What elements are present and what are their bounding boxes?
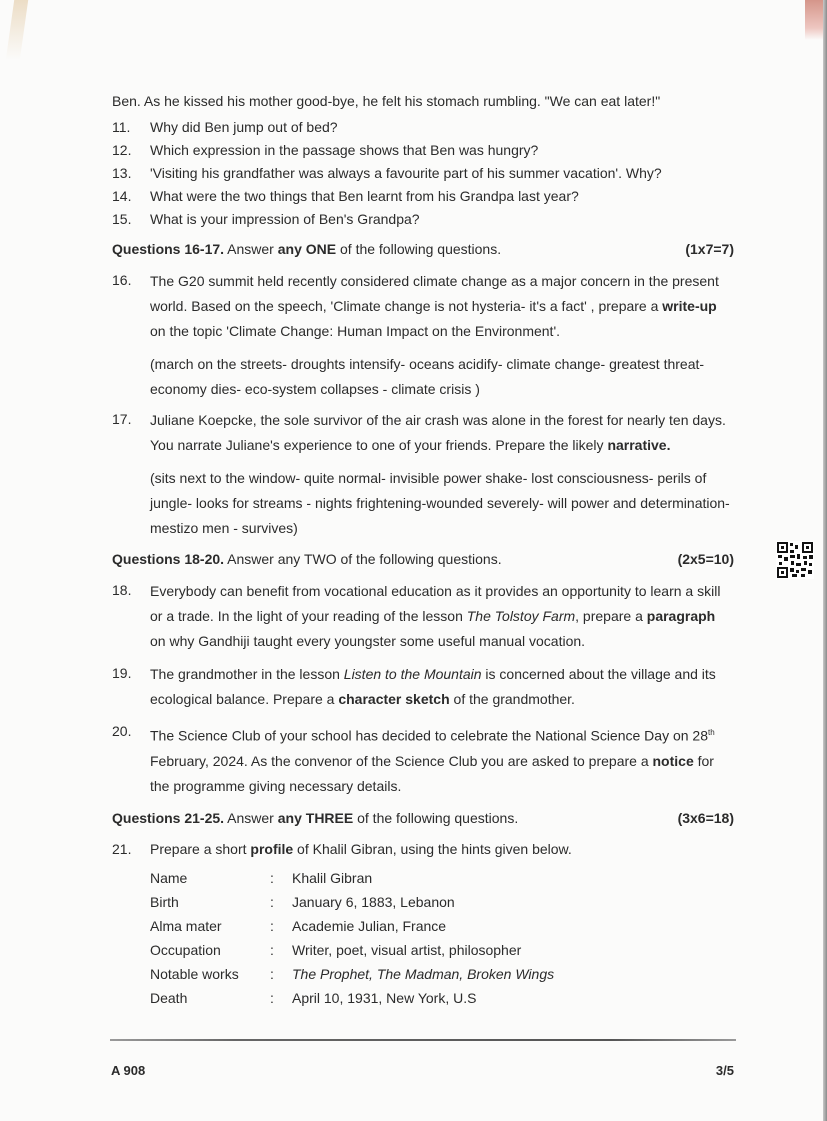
instruction-emphasis: any THREE xyxy=(278,810,353,826)
question-text: Prepare a short profile of Khalil Gibran… xyxy=(150,838,734,861)
profile-separator: : xyxy=(270,867,292,891)
task-type: character sketch xyxy=(338,691,449,707)
question-text: Why did Ben jump out of bed? xyxy=(150,116,734,139)
profile-separator: : xyxy=(270,939,292,963)
profile-hints-table: Name:Khalil GibranBirth:January 6, 1883,… xyxy=(150,867,554,1011)
text-run: on the topic 'Climate Change: Human Impa… xyxy=(150,323,560,339)
profile-separator: : xyxy=(270,915,292,939)
instruction-text: of the following questions. xyxy=(353,810,518,826)
text-run: of Khalil Gibran, using the hints given … xyxy=(293,841,572,857)
question-17: 17. Juliane Koepcke, the sole survivor o… xyxy=(112,408,734,458)
profile-value: January 6, 1883, Lebanon xyxy=(292,891,554,915)
profile-key: Alma mater xyxy=(150,915,270,939)
question-number: 21. xyxy=(112,838,150,861)
profile-separator: : xyxy=(270,891,292,915)
question-16: 16. The G20 summit held recently conside… xyxy=(112,269,734,344)
profile-row: Alma mater:Academie Julian, France xyxy=(150,915,554,939)
section-marks: (1x7=7) xyxy=(685,238,734,261)
profile-row: Occupation:Writer, poet, visual artist, … xyxy=(150,939,554,963)
profile-separator: : xyxy=(270,987,292,1011)
profile-key: Occupation xyxy=(150,939,270,963)
question-13: 13. 'Visiting his grandfather was always… xyxy=(112,162,734,185)
task-type: write-up xyxy=(662,298,716,314)
paper-stain xyxy=(6,0,28,60)
question-text: 'Visiting his grandfather was always a f… xyxy=(150,162,734,185)
question-12: 12. Which expression in the passage show… xyxy=(112,139,734,162)
text-run: The grandmother in the lesson xyxy=(150,666,344,682)
question-18: 18. Everybody can benefit from vocationa… xyxy=(112,579,734,654)
profile-value: Academie Julian, France xyxy=(292,915,554,939)
section-marks: (2x5=10) xyxy=(678,548,734,571)
question-21: 21. Prepare a short profile of Khalil Gi… xyxy=(112,838,734,861)
page-corner-mark xyxy=(805,0,823,40)
profile-row: Notable works:The Prophet, The Madman, B… xyxy=(150,963,554,987)
instruction-text: Answer xyxy=(224,241,278,257)
text-run: February, 2024. As the convenor of the S… xyxy=(150,753,653,769)
question-text: What is your impression of Ben's Grandpa… xyxy=(150,208,734,231)
profile-value: The Prophet, The Madman, Broken Wings xyxy=(292,963,554,987)
section-instruction: Questions 18-20. Answer any TWO of the f… xyxy=(112,548,502,571)
question-number: 20. xyxy=(112,720,150,799)
question-number: 13. xyxy=(112,162,150,185)
section-marks: (3x6=18) xyxy=(678,807,734,830)
profile-key: Death xyxy=(150,987,270,1011)
page-number: 3/5 xyxy=(716,1063,734,1078)
question-number: 18. xyxy=(112,579,150,654)
section-instruction: Questions 21-25. Answer any THREE of the… xyxy=(112,807,518,830)
qr-code-icon xyxy=(776,541,814,579)
section-label: Questions 16-17. xyxy=(112,241,224,257)
question-text: The G20 summit held recently considered … xyxy=(150,269,734,344)
section-label: Questions 18-20. xyxy=(112,551,224,567)
profile-value: Khalil Gibran xyxy=(292,867,554,891)
task-type: paragraph xyxy=(647,608,715,624)
paper-code: A 908 xyxy=(111,1063,145,1078)
profile-key: Name xyxy=(150,867,270,891)
profile-value: Writer, poet, visual artist, philosopher xyxy=(292,939,554,963)
question-number: 14. xyxy=(112,185,150,208)
text-run: on why Gandhiji taught every youngster s… xyxy=(150,633,585,649)
task-type: profile xyxy=(250,841,293,857)
question-14: 14. What were the two things that Ben le… xyxy=(112,185,734,208)
profile-row: Birth:January 6, 1883, Lebanon xyxy=(150,891,554,915)
profile-value: April 10, 1931, New York, U.S xyxy=(292,987,554,1011)
question-text: Everybody can benefit from vocational ed… xyxy=(150,579,734,654)
profile-row: Name:Khalil Gibran xyxy=(150,867,554,891)
text-run: Prepare a short xyxy=(150,841,250,857)
instruction-emphasis: any ONE xyxy=(278,241,336,257)
question-number: 11. xyxy=(112,116,150,139)
question-16-hints: (march on the streets- droughts intensif… xyxy=(150,352,734,402)
text-run: of the grandmother. xyxy=(450,691,575,707)
question-number: 19. xyxy=(112,662,150,712)
task-type: notice xyxy=(653,753,694,769)
section-heading-21-25: Questions 21-25. Answer any THREE of the… xyxy=(112,807,734,830)
question-number: 17. xyxy=(112,408,150,458)
section-heading-16-17: Questions 16-17. Answer any ONE of the f… xyxy=(112,238,734,261)
question-20: 20. The Science Club of your school has … xyxy=(112,720,734,799)
section-label: Questions 21-25. xyxy=(112,810,224,826)
footer-divider xyxy=(110,1039,736,1041)
exam-page-content: Ben. As he kissed his mother good-bye, h… xyxy=(112,90,734,1011)
question-15: 15. What is your impression of Ben's Gra… xyxy=(112,208,734,231)
question-text: The Science Club of your school has deci… xyxy=(150,720,734,799)
question-number: 16. xyxy=(112,269,150,344)
question-text: What were the two things that Ben learnt… xyxy=(150,185,734,208)
lesson-title: The Tolstoy Farm xyxy=(467,608,575,624)
instruction-text: Answer xyxy=(224,810,278,826)
text-run: The G20 summit held recently considered … xyxy=(150,273,719,314)
question-number: 15. xyxy=(112,208,150,231)
text-run: The Science Club of your school has deci… xyxy=(150,728,708,744)
question-text: Juliane Koepcke, the sole survivor of th… xyxy=(150,408,734,458)
question-11: 11. Why did Ben jump out of bed? xyxy=(112,116,734,139)
profile-row: Death:April 10, 1931, New York, U.S xyxy=(150,987,554,1011)
question-17-hints: (sits next to the window- quite normal- … xyxy=(150,466,734,541)
instruction-text: Answer any TWO of the following question… xyxy=(224,551,502,567)
question-text: Which expression in the passage shows th… xyxy=(150,139,734,162)
question-19: 19. The grandmother in the lesson Listen… xyxy=(112,662,734,712)
section-heading-18-20: Questions 18-20. Answer any TWO of the f… xyxy=(112,548,734,571)
text-run: , prepare a xyxy=(575,608,647,624)
short-question-list: 11. Why did Ben jump out of bed? 12. Whi… xyxy=(112,116,734,231)
profile-key: Notable works xyxy=(150,963,270,987)
task-type: narrative. xyxy=(607,437,670,453)
ordinal-suffix: th xyxy=(708,728,715,737)
page-edge xyxy=(823,0,827,1121)
section-instruction: Questions 16-17. Answer any ONE of the f… xyxy=(112,238,501,261)
passage-ending: Ben. As he kissed his mother good-bye, h… xyxy=(112,90,734,113)
profile-separator: : xyxy=(270,963,292,987)
profile-key: Birth xyxy=(150,891,270,915)
question-number: 12. xyxy=(112,139,150,162)
instruction-text: of the following questions. xyxy=(336,241,501,257)
question-text: The grandmother in the lesson Listen to … xyxy=(150,662,734,712)
lesson-title: Listen to the Mountain xyxy=(344,666,482,682)
